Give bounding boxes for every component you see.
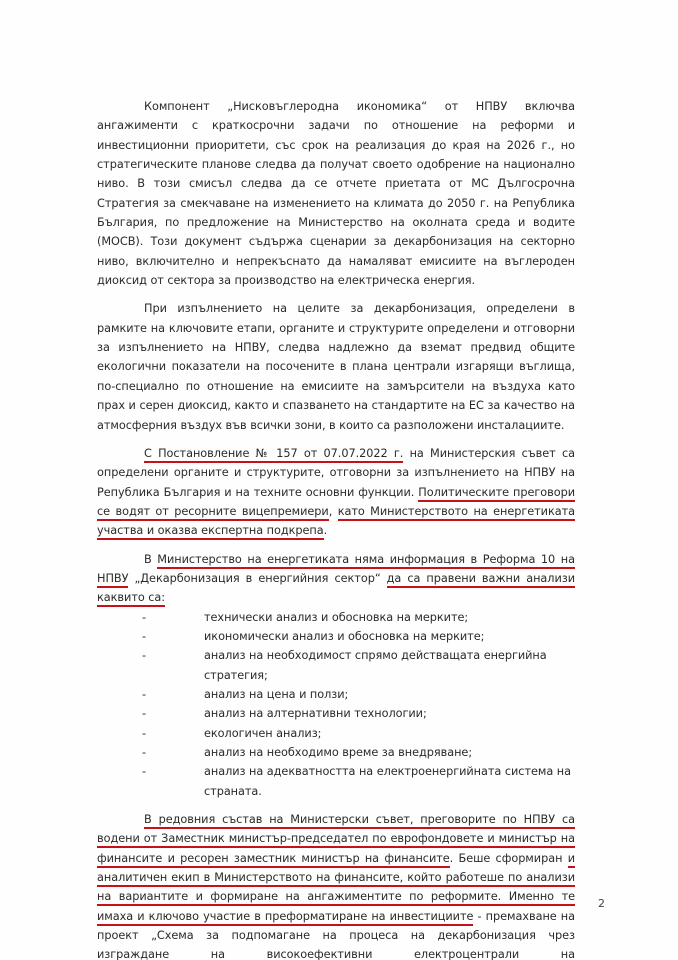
document-body: Компонент „Нисковъглеродна икономика“ от…	[97, 97, 575, 960]
bullet-dash: -	[142, 608, 146, 627]
list-item-text: анализ на адекватността на електроенерги…	[204, 765, 571, 797]
paragraph-decarbonization-goals: При изпълнението на целите за декарбониз…	[97, 299, 575, 434]
list-item-text: анализ на необходимо време за внедряване…	[204, 746, 472, 759]
paragraph-missing-analyses: В Министерство на енергетиката няма инфо…	[97, 550, 575, 608]
list-item: -анализ на цена и ползи;	[97, 685, 575, 704]
text-segment: Компонент „Нисковъглеродна икономика“ от…	[97, 100, 575, 287]
bullet-dash: -	[142, 762, 146, 781]
list-item-text: технически анализ и обосновка на мерките…	[204, 611, 468, 624]
text-segment: „Декарбонизация в енергийния сектор“	[128, 572, 386, 585]
bullet-dash: -	[142, 646, 146, 665]
list-item-text: анализ на алтернативни технологии;	[204, 707, 427, 720]
bullet-dash: -	[142, 627, 146, 646]
bullet-dash: -	[142, 724, 146, 743]
list-item-text: икономически анализ и обосновка на мерки…	[204, 630, 484, 643]
page-number: 2	[598, 897, 605, 910]
list-item: -анализ на алтернативни технологии;	[97, 704, 575, 723]
text-segment: При изпълнението на целите за декарбониз…	[97, 302, 575, 431]
text-segment: ,	[329, 505, 338, 518]
text-segment: В	[144, 553, 157, 566]
list-item-text: анализ на цена и ползи;	[204, 688, 348, 701]
bullet-dash: -	[142, 704, 146, 723]
underlined-highlight: С Постановление № 157 от 07.07.2022 г.	[144, 447, 403, 463]
list-item: -икономически анализ и обосновка на мерк…	[97, 627, 575, 646]
paragraph-council-decree: С Постановление № 157 от 07.07.2022 г. н…	[97, 444, 575, 541]
text-segment: . Беше сформиран	[450, 852, 568, 865]
bullet-dash: -	[142, 685, 146, 704]
list-item: -технически анализ и обосновка на меркит…	[97, 608, 575, 627]
list-item-text: анализ на необходимост спрямо действащат…	[204, 649, 547, 681]
list-item-text: екологичен анализ;	[204, 727, 321, 740]
document-page: Компонент „Нисковъглеродна икономика“ от…	[0, 0, 678, 960]
text-segment: .	[324, 524, 328, 537]
paragraph-component-overview: Компонент „Нисковъглеродна икономика“ от…	[97, 97, 575, 290]
list-item: -анализ на необходимо време за внедряван…	[97, 743, 575, 762]
list-item: -анализ на необходимост спрямо действаща…	[97, 646, 575, 685]
bullet-dash: -	[142, 743, 146, 762]
list-item: -екологичен анализ;	[97, 724, 575, 743]
list-item: -анализ на адекватността на електроенерг…	[97, 762, 575, 801]
paragraph-negotiations: В редовния състав на Министерски съвет, …	[97, 810, 575, 960]
analysis-list: -технически анализ и обосновка на меркит…	[97, 608, 575, 801]
